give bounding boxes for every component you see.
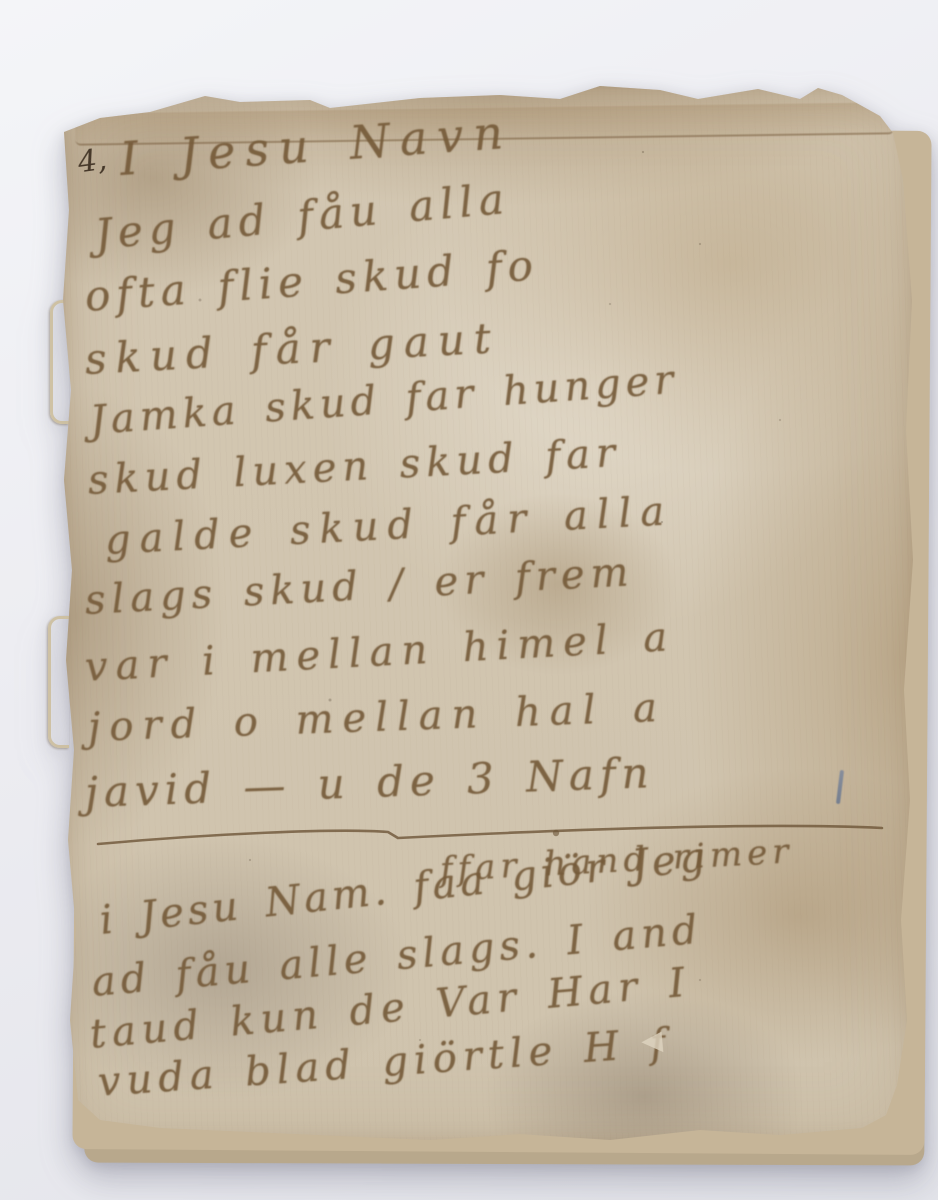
torn-top-edge-strip xyxy=(75,102,894,145)
handwriting-line: ofta flie skud fo xyxy=(83,240,540,321)
handwriting-line: var i mellan himel a xyxy=(84,614,676,691)
handwriting-line: taud kun de Var Har I xyxy=(88,960,692,1058)
handwriting-line: jord o mellan hal a xyxy=(87,685,666,751)
handwriting-line: Jamka skud far hunger xyxy=(88,357,679,444)
photo-background: { "scene": { "description": "Photograph … xyxy=(0,0,938,1200)
handwriting-line: skud får gaut xyxy=(84,313,501,384)
handwriting-line: skud luxen skud far xyxy=(87,430,622,504)
handwriting-line: Jeg ad fåu alla xyxy=(93,174,512,259)
handwriting-line: galde skud får alla xyxy=(104,488,674,564)
hand-drawn-divider-rule xyxy=(58,812,920,872)
manuscript-page: 4, I Jesu Navn Jeg ad fåu alla ofta flie… xyxy=(58,82,920,1150)
booklet: 4, I Jesu Navn Jeg ad fåu alla ofta flie… xyxy=(0,0,938,1200)
handwriting-line: vuda blad giörtle H f xyxy=(96,1020,672,1106)
blue-pencil-mark xyxy=(836,770,844,804)
paper-fold-crease xyxy=(641,1026,670,1052)
handwriting-line: ad fåu alle slags. I and xyxy=(90,907,704,1006)
binding-thread-bottom xyxy=(48,616,69,748)
handwriting-line: javid — u de 3 Nafn xyxy=(84,748,655,817)
page-number-mark: 4, xyxy=(76,142,109,181)
handwriting-line: slags skud / er frem xyxy=(84,549,636,624)
ink-speckles xyxy=(58,82,920,1150)
